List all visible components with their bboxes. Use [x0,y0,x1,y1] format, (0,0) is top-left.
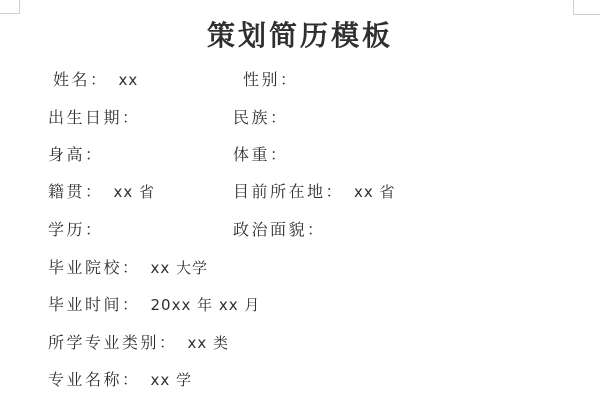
field-row-education-politics: 学历： 政治面貌： [0,220,600,240]
field-label-birthdate: 出生日期： [48,108,141,127]
field-label-name: 姓名： [53,70,109,89]
field-value-graduation-time: 20xx 年 xx 月 [151,296,261,314]
field-value-name: xx [119,71,139,89]
field-row-major-category: 所学专业类别：xx 类 [0,333,600,353]
field-label-major-name: 专业名称： [48,370,141,389]
field-value-graduation-school: xx 大学 [151,259,209,277]
field-value-major-category: xx 类 [188,334,230,352]
page-title: 策划简历模板 [0,14,600,54]
field-row-name-gender: 姓名：xx 性别： [0,70,600,90]
field-label-weight: 体重： [233,145,289,164]
field-row-nativeplace-location: 籍贯：xx 省 目前所在地：xx 省 [0,182,600,202]
field-row-major-name: 专业名称：xx 学 [0,370,600,390]
field-label-graduation-school: 毕业院校： [48,258,141,277]
margin-mark-line [19,0,20,14]
field-row-graduation-school: 毕业院校：xx 大学 [0,258,600,278]
field-value-current-location: xx 省 [354,183,396,201]
field-label-gender: 性别： [243,70,299,89]
field-label-native-place: 籍贯： [48,182,104,201]
field-label-political-status: 政治面貌： [233,220,326,239]
field-label-height: 身高： [48,145,104,164]
field-label-current-location: 目前所在地： [233,182,344,201]
field-value-major-name: xx 学 [151,371,193,389]
margin-mark-line [573,0,574,15]
field-row-birthdate-ethnicity: 出生日期： 民族： [0,108,600,128]
field-label-graduation-time: 毕业时间： [48,295,141,314]
field-label-ethnicity: 民族： [233,108,289,127]
field-row-height-weight: 身高： 体重： [0,145,600,165]
document-page: 策划简历模板 姓名：xx 性别： 出生日期： 民族： 身高： 体重： 籍贯：xx… [0,0,600,400]
field-value-native-place: xx 省 [114,183,156,201]
field-row-graduation-time: 毕业时间：20xx 年 xx 月 [0,295,600,315]
field-label-major-category: 所学专业类别： [48,333,178,352]
field-label-education: 学历： [48,220,104,239]
